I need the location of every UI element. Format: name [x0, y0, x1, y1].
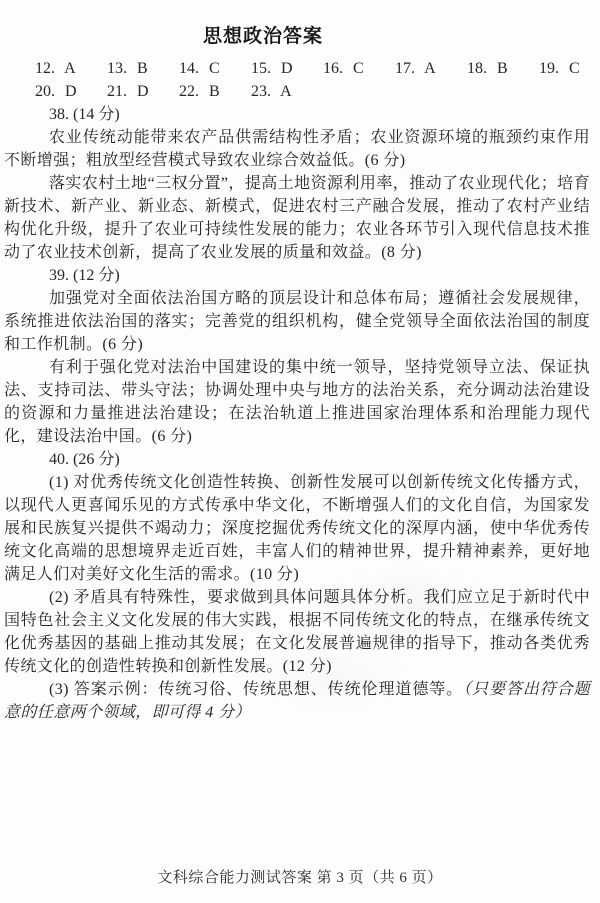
mc-answer-15: 15. D: [251, 57, 323, 80]
question-40-answer-paragraph-2: (2) 矛盾具有特殊性，要求做到具体问题具体分析。我们应立足于新时代中国特色社会…: [4, 586, 590, 678]
question-39-answer-paragraph-1: 加强党对全面依法治国方略的顶层设计和总体布局；遵循社会发展规律，系统推进依法治国…: [4, 287, 590, 356]
question-38-answer-paragraph-2: 落实农村土地“三权分置”，提高土地资源利用率，推动了农业现代化；培育新技术、新产…: [4, 172, 590, 264]
question-38-answer-paragraph-1: 农业传统动能带来农产品供需结构性矛盾；农业资源环境的瓶颈约束作用不断增强；粗放型…: [4, 126, 590, 172]
mc-answer-13: 13. B: [107, 57, 179, 80]
mc-answer-17: 17. A: [395, 57, 467, 80]
mc-answer-12: 12. A: [35, 57, 107, 80]
question-40-answer-3-text: (3) 答案示例：传统习俗、传统思想、传统伦理道德等。: [49, 681, 463, 698]
mc-answer-22: 22. B: [179, 80, 251, 103]
footer-page-info: 文科综合能力测试答案 第 3 页（共 6 页）: [0, 866, 600, 887]
page-title: 思想政治答案: [0, 26, 556, 48]
mc-answer-18: 18. B: [467, 57, 539, 80]
mc-answers-row-2: 20. D 21. D 22. B 23. A: [4, 80, 590, 103]
answer-key-page: 思想政治答案 12. A 13. B 14. C 15. D 16. C 17.…: [0, 0, 600, 903]
question-40-answer-paragraph-3: (3) 答案示例：传统习俗、传统思想、传统伦理道德等。（只要答出符合题意的任意两…: [4, 678, 590, 724]
mc-answer-19: 19. C: [539, 57, 600, 80]
mc-answer-14: 14. C: [179, 57, 251, 80]
mc-answer-16: 16. C: [323, 57, 395, 80]
mc-answer-23: 23. A: [251, 80, 323, 103]
mc-answer-20: 20. D: [35, 80, 107, 103]
mc-answers-row-1: 12. A 13. B 14. C 15. D 16. C 17. A 18. …: [4, 57, 590, 80]
mc-answer-21: 21. D: [107, 80, 179, 103]
question-38-heading: 38. (14 分): [4, 103, 590, 126]
question-39-answer-paragraph-2: 有利于强化党对法治中国建设的集中统一领导，坚持党领导立法、保证执法、支持司法、带…: [4, 356, 590, 448]
question-40-heading: 40. (26 分): [4, 448, 590, 471]
question-39-heading: 39. (12 分): [4, 264, 590, 287]
question-40-answer-paragraph-1: (1) 对优秀传统文化创造性转换、创新性发展可以创新传统文化传播方式，以现代人更…: [4, 471, 590, 586]
page-content: 思想政治答案 12. A 13. B 14. C 15. D 16. C 17.…: [0, 0, 600, 724]
